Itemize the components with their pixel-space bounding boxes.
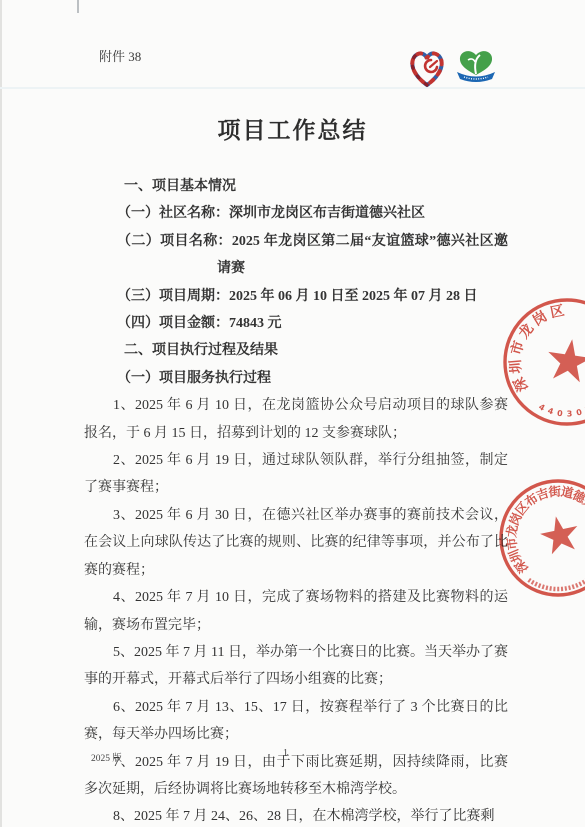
seal-arc-character: 4 bbox=[547, 406, 556, 416]
body-paragraph: 1、2025 年 6 月 10 日，在龙岗篮协公众号启动项目的球队参赛报名，于 … bbox=[84, 392, 508, 447]
info-item-line: （四）项目金额：74843 元 bbox=[84, 310, 508, 337]
scan-mark bbox=[77, 0, 79, 13]
seal-arc-character: 区 bbox=[549, 303, 566, 321]
info-item-line: （一）社区名称：深圳市龙岗区布吉街道德兴社区 bbox=[84, 200, 508, 227]
seal-arc-character: 0 bbox=[575, 407, 583, 417]
seal-arc-character: 0 bbox=[557, 409, 564, 419]
seal-arc-character: 3 bbox=[566, 409, 572, 418]
green-heart-community-logo-icon bbox=[454, 47, 498, 85]
section-heading: 二、项目执行过程及结果 bbox=[84, 337, 508, 364]
attachment-label: 附件 38 bbox=[99, 46, 141, 65]
body-paragraph: 5、2025 年 7 月 11 日，举办第一个比赛日的比赛。当天举办了赛事的开幕… bbox=[84, 639, 508, 694]
multicolor-heart-party-logo-icon bbox=[406, 47, 448, 89]
document-body: 一、项目基本情况（一）社区名称：深圳市龙岗区布吉街道德兴社区（二）项目名称：20… bbox=[84, 173, 508, 827]
header-logos bbox=[406, 47, 498, 89]
seal-small-text-arc bbox=[529, 580, 585, 589]
body-paragraph: 4、2025 年 7 月 10 日，完成了赛场物料的搭建及比赛物料的运输，赛场布… bbox=[84, 584, 508, 639]
section-heading: 一、项目基本情况 bbox=[84, 173, 508, 200]
section-heading: （一）项目服务执行过程 bbox=[84, 365, 508, 392]
scanned-document-page: 附件 38 项目工作总结 一、项目基本情况（一）社区名称：深圳市龙岗区布吉街道德… bbox=[0, 0, 585, 827]
body-paragraph: 2、2025 年 6 月 19 日，通过球队领队群，举行分组抽签，制定了赛事赛程… bbox=[84, 447, 508, 502]
body-paragraph: 7、2025 年 7 月 19 日，由于下雨比赛延期，因持续降雨，比赛多次延期，… bbox=[84, 749, 508, 804]
official-seal-dexing-community: 深圳市龙岗区布吉街道德兴社区 bbox=[486, 476, 585, 611]
footer-version-label: 2025 版 bbox=[91, 750, 122, 764]
body-paragraph: 8、2025 年 7 月 24、26、28 日，在木棉湾学校，举行了比赛剩 bbox=[84, 803, 508, 827]
info-item-line: （三）项目周期：2025 年 06 月 10 日至 2025 年 07 月 28… bbox=[84, 283, 508, 310]
info-item-line: （二）项目名称：2025 年龙岗区第二届“友谊篮球”德兴社区邀请赛 bbox=[84, 228, 508, 283]
seal-arc-character: 市 bbox=[508, 339, 528, 357]
seal-arc-character: 4 bbox=[537, 402, 547, 413]
seal-arc-character: 圳 bbox=[508, 359, 525, 374]
page-number: 1 bbox=[283, 748, 288, 759]
body-paragraph: 6、2025 年 7 月 13、15、17 日，按赛程举行了 3 个比赛日的比赛… bbox=[84, 694, 508, 749]
page-title: 项目工作总结 bbox=[0, 112, 585, 145]
official-seal-longgang-district: 深圳市龙岗区440307 bbox=[497, 290, 585, 438]
body-paragraph: 3、2025 年 6 月 30 日，在德兴社区举办赛事的赛前技术会议，在会议上向… bbox=[84, 502, 508, 584]
